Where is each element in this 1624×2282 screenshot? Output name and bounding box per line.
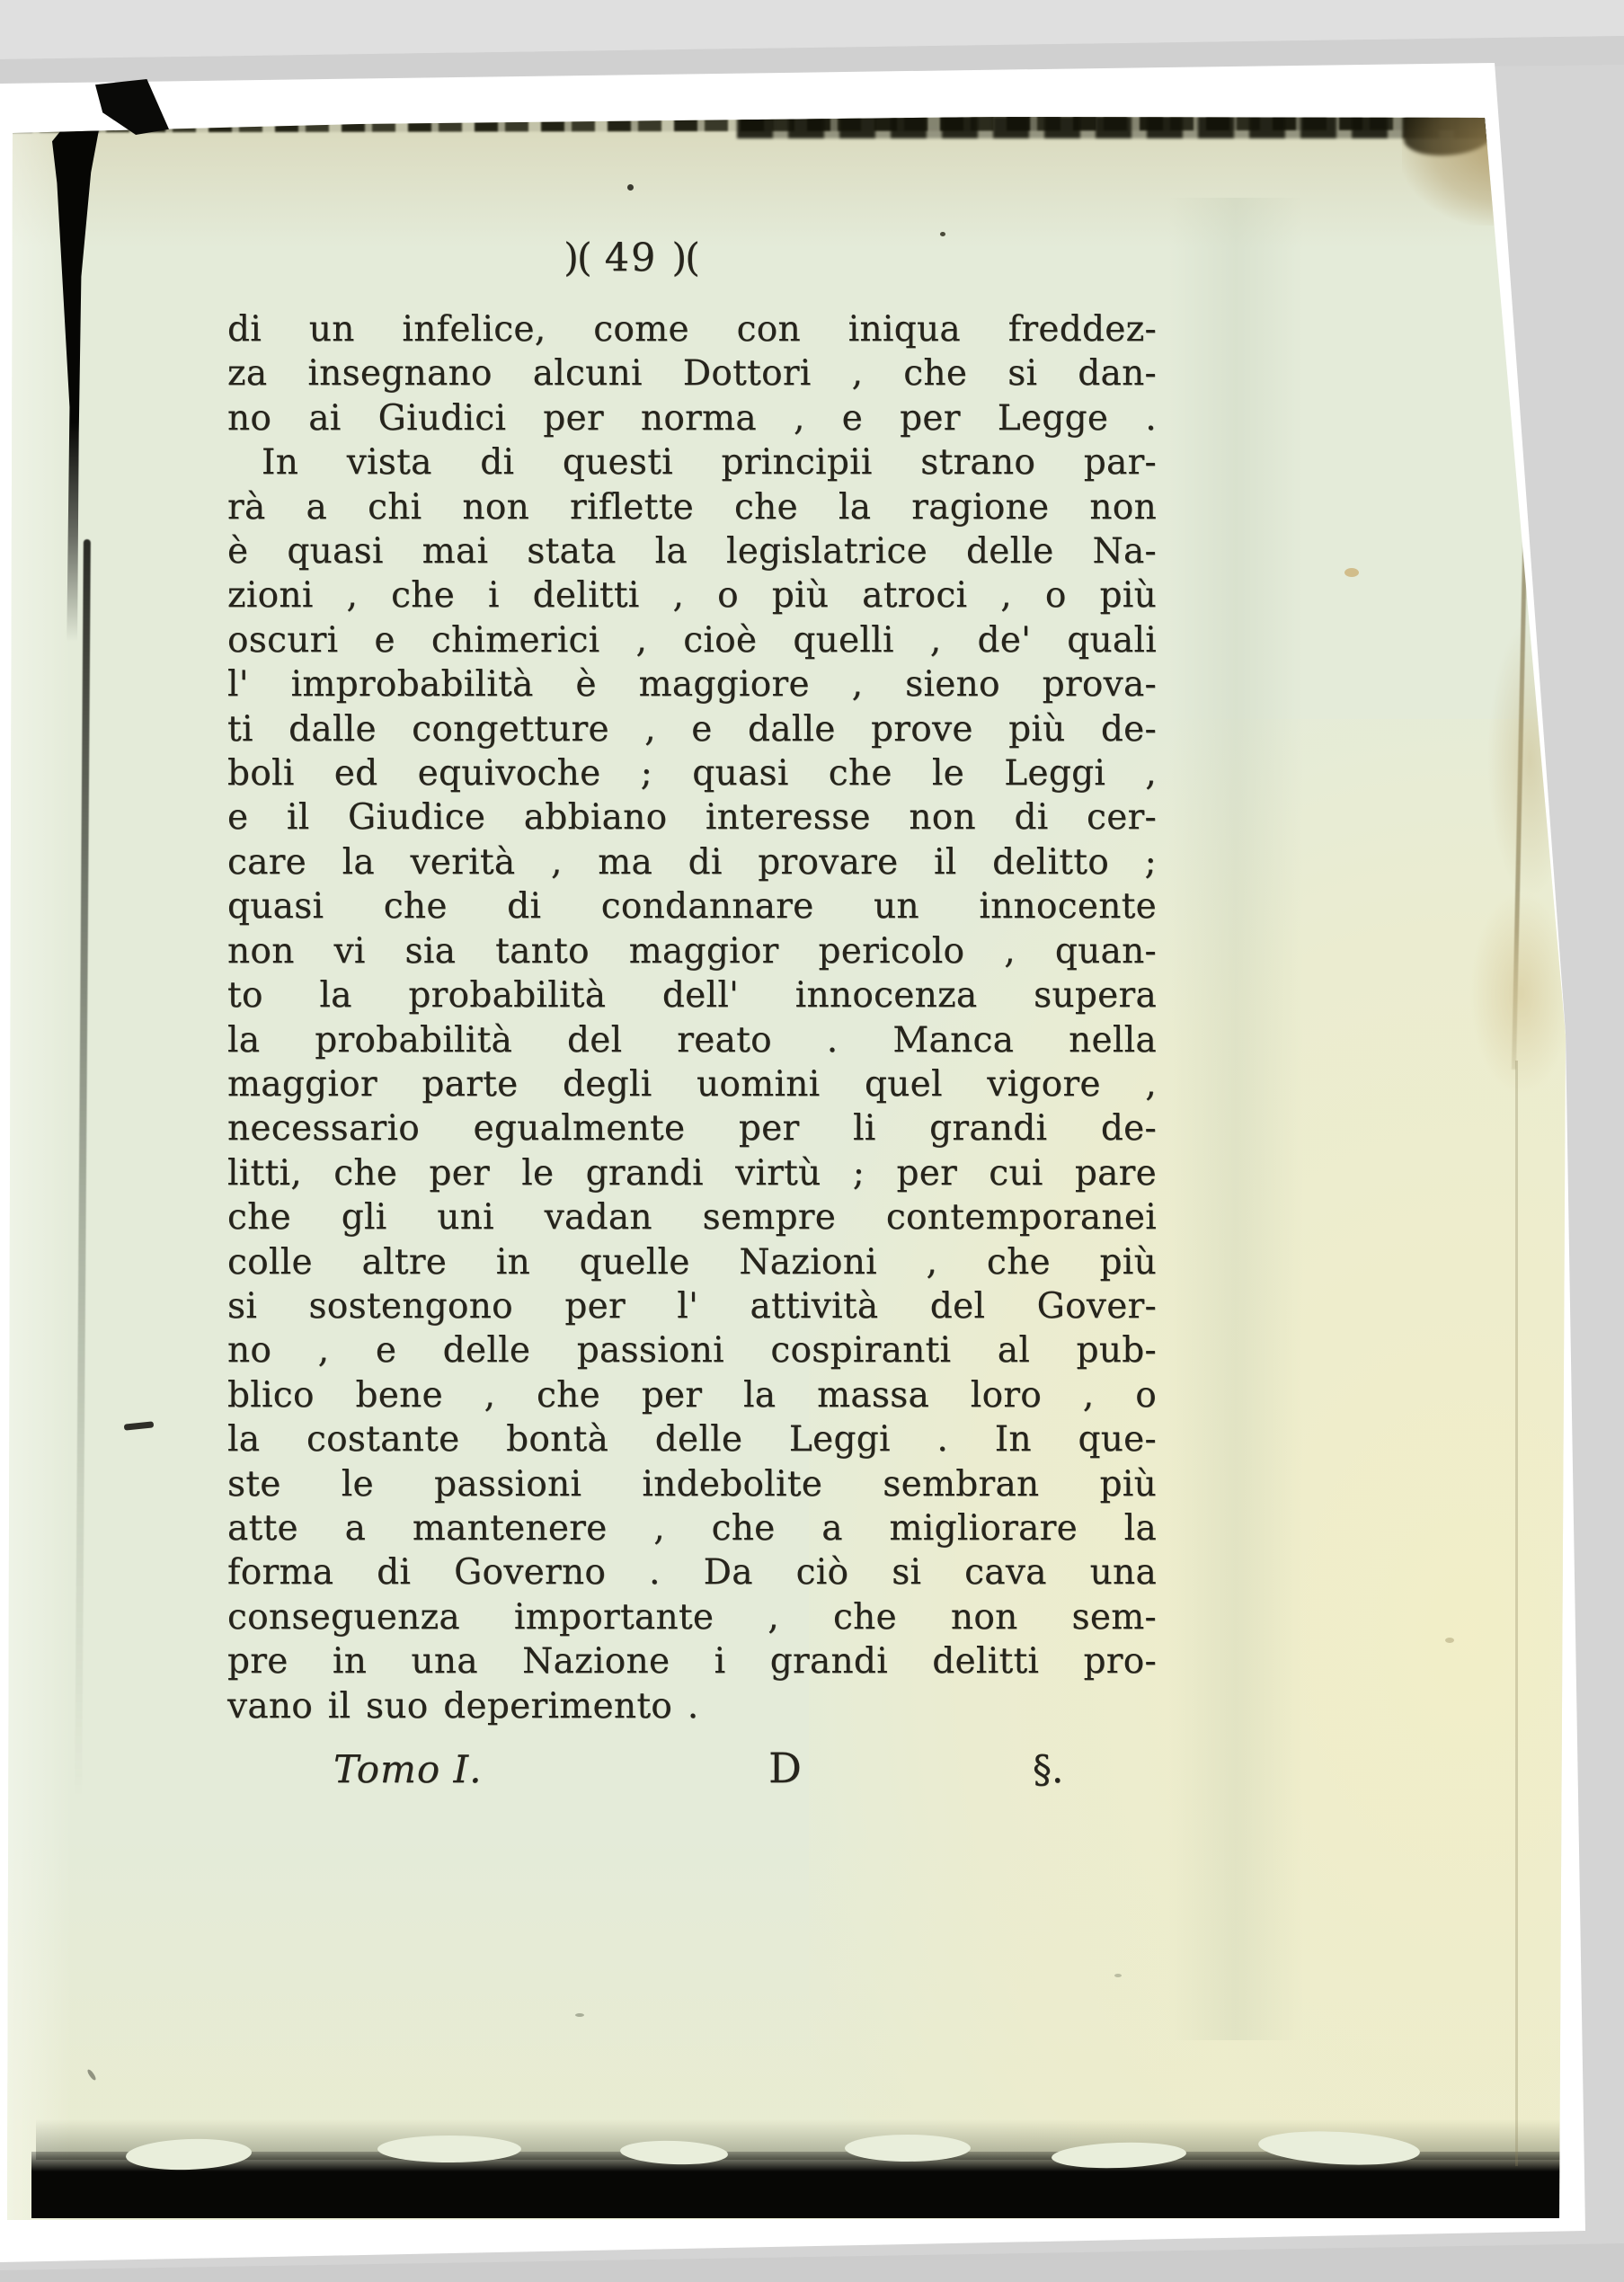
- text-line: che gli uni vadan sempre contemporanei: [227, 1195, 1157, 1239]
- text-line: vano il suo deperimento .: [227, 1684, 1157, 1728]
- fore-edge-line: [1515, 1061, 1518, 2166]
- margin-mark: [124, 1421, 155, 1430]
- page-top-edge-dark: [737, 116, 1492, 138]
- text-line: zioni , che i delitti , o più atroci , o…: [227, 573, 1157, 617]
- text-line: e il Giudice abbiano interesse non di ce…: [227, 795, 1157, 839]
- text-line: si sostengono per l' attività del Gover-: [227, 1284, 1157, 1328]
- text-line: oscuri e chimerici , cioè quelli , de' q…: [227, 618, 1157, 662]
- signature-letter: D: [768, 1744, 802, 1792]
- text-line: no , e delle passioni cospiranti al pub-: [227, 1328, 1157, 1372]
- ink-speck: [627, 184, 634, 191]
- text-line: ste le passioni indebolite sembran più: [227, 1462, 1157, 1506]
- page-curve-shade: [1168, 198, 1303, 2040]
- text-line: no ai Giudici per norma , e per Legge .: [227, 396, 1157, 440]
- text-line: non vi sia tanto maggior pericolo , quan…: [227, 929, 1157, 973]
- text-line: pre in una Nazione i grandi delitti pro-: [227, 1639, 1157, 1683]
- text-line: l' improbabilità è maggiore , sieno prov…: [227, 662, 1157, 706]
- text-line: blico bene , che per la massa loro , o: [227, 1373, 1157, 1417]
- text-line: di un infelice, come con iniqua freddez-: [227, 307, 1157, 351]
- text-line: litti, che per le grandi virtù ; per cui…: [227, 1151, 1157, 1195]
- text-line: boli ed equivoche ; quasi che le Leggi ,: [227, 751, 1157, 795]
- paper-bump: [845, 2135, 971, 2162]
- text-line: necessario egualmente per li grandi de-: [227, 1106, 1157, 1150]
- text-line: forma di Governo . Da ciò si cava una: [227, 1550, 1157, 1594]
- paper-bump: [377, 2135, 521, 2162]
- gutter-line: [75, 539, 91, 1798]
- page-footer: Tomo I. D §.: [227, 1747, 1157, 1801]
- text-line: è quasi mai stata la legislatrice delle …: [227, 529, 1157, 573]
- text-line: ti dalle congetture , e dalle prove più …: [227, 707, 1157, 751]
- text-line: care la verità , ma di provare il delitt…: [227, 840, 1157, 884]
- header-ornament-left: )(: [564, 235, 590, 280]
- text-line: rà a chi non riflette che la ragione non: [227, 485, 1157, 529]
- text-line: la costante bontà delle Leggi . In que-: [227, 1417, 1157, 1461]
- text-line: maggior parte degli uomini quel vigore ,: [227, 1062, 1157, 1106]
- ink-speck: [575, 2013, 584, 2017]
- text-line: colle altre in quelle Nazioni , che più: [227, 1240, 1157, 1284]
- text-line: za insegnano alcuni Dottori , che si dan…: [227, 351, 1157, 395]
- text-line: quasi che di condannare un innocente: [227, 884, 1157, 928]
- text-line: la probabilità del reato . Manca nella: [227, 1018, 1157, 1062]
- viewer-background: )(49)( di un infelice, come con iniqua f…: [0, 0, 1624, 2282]
- text-block: di un infelice, come con iniqua freddez-…: [227, 307, 1157, 1728]
- stain-speck: [1344, 568, 1359, 577]
- stain-speck: [1445, 1638, 1454, 1643]
- page-header: )(49)(: [166, 235, 1096, 280]
- ink-speck: [1114, 1974, 1122, 1977]
- section-catchword: §.: [1033, 1747, 1063, 1791]
- book-page: )(49)( di un infelice, come con iniqua f…: [0, 0, 1624, 2282]
- edge-stain: [1487, 620, 1573, 899]
- text-line: conseguenza importante , che non sem-: [227, 1595, 1157, 1639]
- text-line: In vista di questi principii strano par-: [227, 440, 1157, 484]
- text-line: atte a mantenere , che a migliorare la: [227, 1506, 1157, 1550]
- page-number: 49: [605, 235, 658, 280]
- volume-label: Tomo I.: [333, 1747, 482, 1791]
- header-ornament-right: )(: [671, 235, 698, 280]
- text-line: to la probabilità dell' innocenza supera: [227, 973, 1157, 1017]
